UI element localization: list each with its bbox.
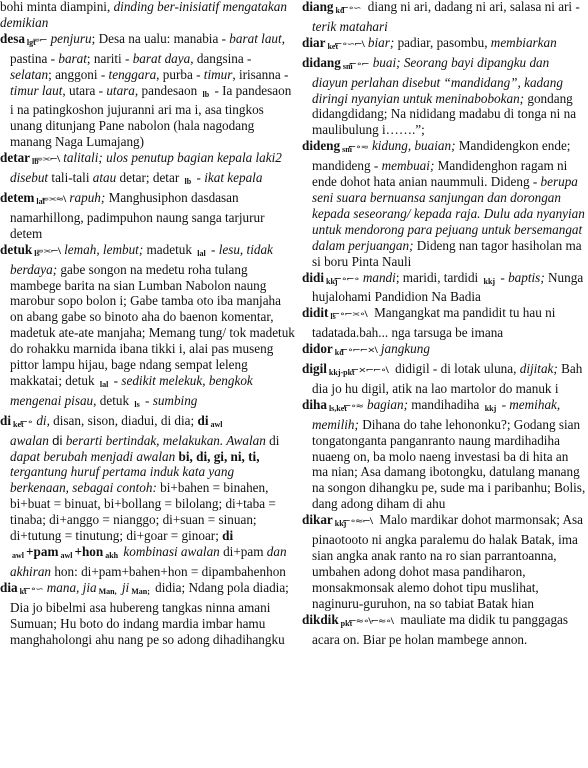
entry-desa: desalgt≂⌐penjuru; Desa na ualu: manabia … [0,31,296,150]
headword: dideng [302,138,340,153]
italic: barat laut [229,31,281,46]
batak-script-glyph: ≂≍≈\ [51,194,66,207]
gloss: mana, jia [47,580,97,595]
headword: detem [0,190,34,205]
entry-dideng: didengsni⌐∘≂kidung, buaian; Mandidengkon… [302,138,586,269]
text: di [52,433,62,448]
text: di+pam [220,544,267,559]
headword: di [198,413,209,428]
italic: baptis; [508,270,545,285]
text: mandihadiha [408,397,483,412]
text: , dangsina - [190,51,251,66]
text: diang ni ari, dadang ni ari, salasa ni a… [364,0,579,14]
entry-didor: didorkd⌐∘⌐⌐×\jangkung [302,341,586,361]
italic: timur laut [10,83,62,98]
italic: timur [204,67,233,82]
word-class-label: lb [185,177,192,186]
italic: kombinasi awalan [120,544,220,559]
text: di [269,433,279,448]
gloss: jangkung [381,341,430,356]
batak-script-glyph: ⌐∘⌐ [359,58,369,71]
bold-text: bi, di, gi, ni, ti, [179,449,260,464]
word-class-label: awl [60,551,72,560]
entry-detar: detarlb≂≍⌐\talitali; ulos penutup bagian… [0,150,296,190]
right-column: diangkd⌐∘∽ diang ni ari, dadang ni ari, … [302,0,586,647]
text: - [498,397,509,412]
batak-script-glyph: ⌐≈∘\⌐≈∘\ [358,615,393,628]
text: ; Desa na ualu: manabia - [92,31,230,46]
entry-di: diket⌐∘di, disan, sison, diadui, di dia;… [0,413,296,580]
italic: tenggara [109,67,157,82]
headword: dikar [302,512,333,527]
headword: di [0,413,11,428]
entry-detuk: detukls≂≍⌐\lemah, lembut; madetuk lal - … [0,242,296,413]
text: ; maridi, tardidi [396,270,482,285]
italic: utara [106,83,135,98]
italic: atau [93,170,116,185]
word-class-label: kkj [485,404,497,413]
entry-digil: digilkkj-pkt⌐×⌐⌐∘\ didigil - di lotak ul… [302,361,586,397]
batak-script-glyph: ⌐∘∽ [33,583,43,596]
headword: diang [302,0,334,14]
entry-didang: didangsni⌐∘⌐buai; Seorang bayi dipangku … [302,55,586,139]
text: gabe songon na medetu roha tulang mambeg… [10,262,295,388]
text: , purba - [156,67,204,82]
text: hon: di+pam+bahen+hon = dipambahenhon [51,564,286,579]
batak-script-glyph: ⌐∘≂ [358,142,368,155]
text: padiar, pasombu, [394,35,491,50]
headword: desa [0,31,25,46]
batak-script-glyph: ⌐×⌐⌐∘\ [361,365,388,378]
batak-script-glyph: ⌐∘∽⌐\ [344,38,364,51]
bold-text: di [222,528,233,543]
gloss: penjuru [51,31,92,46]
text: detar; detar [116,170,182,185]
italic: sumbing [153,393,198,408]
entry-diar: diarket⌐∘∽⌐\biar; padiar, pasombu, membi… [302,35,586,55]
italic: ji [119,580,130,595]
text: , irisanna - [232,67,288,82]
word-class-label: lal [100,380,108,389]
bold-text: +hon [74,544,103,559]
gloss: kidung, buaian; [372,138,456,153]
headword: didor [302,341,333,356]
word-class-label: Man; [131,587,150,596]
headword: dia [0,580,18,595]
word-class-label: lal [197,249,205,258]
entry-diang: diangkd⌐∘∽ diang ni ari, dadang ni ari, … [302,0,586,35]
gloss: mandi [363,270,396,285]
entry-dikdik: dikdikpkt⌐≈∘\⌐≈∘\ mauliate ma didik tu p… [302,612,586,648]
text: - [193,170,204,185]
headword: diar [302,35,325,50]
text: , pandesaon [135,83,201,98]
text: madetuk [143,242,195,257]
gloss: lemah, lembut; [64,242,143,257]
batak-script-glyph: ⌐∘⌐⌐×\ [350,345,377,358]
headword: diha [302,397,327,412]
italic: berarti bertindak, melakukan. Awalan [62,433,269,448]
entry-didit: diditls⌐∘⌐≍∘\ Mangangkat ma pandidit tu … [302,305,586,341]
entry-detem: detemlal≂≍≈\rapuh; Manghusiphon dasdasan… [0,190,296,242]
headword: detuk [0,242,32,257]
entry-continuation: bohi minta diampini, dinding ber-inisiat… [0,0,296,31]
text: ; anggoni - [48,67,108,82]
gloss: di, [36,413,50,428]
headword: dikdik [302,612,339,627]
text: ; nariti - [87,51,133,66]
headword: digil [302,361,327,376]
word-class-label: kkj [484,277,496,286]
dictionary-page: bohi minta diampini, dinding ber-inisiat… [0,0,588,768]
italic: membiarkan [491,35,557,50]
gloss: bagian; [367,397,408,412]
word-class-label: awl [12,551,24,560]
batak-script-glyph: ⌐∘∽ [350,3,360,16]
word-class-label: lb [202,90,209,99]
entry-diha: dihals,ket⌐∘≈bagian; mandihadiha kkj - m… [302,397,586,512]
definition-text: bohi minta diampini, [0,0,114,14]
italic: membuai; [382,158,435,173]
batak-script-glyph: ⌐∘≈⌐\ [352,516,372,529]
batak-script-glyph: ⌐∘≈ [353,400,363,413]
text: , utara - [62,83,106,98]
batak-script-glyph: ≂≍⌐\ [46,245,61,258]
word-class-label: awl [211,420,223,429]
headword: didang [302,55,341,70]
italic: terik matahari [312,19,388,34]
bold-text: +pam [26,544,58,559]
italic: barat [58,51,87,66]
headword: didi [302,270,324,285]
text: , detuk [93,393,132,408]
italic: ikat kepala [204,170,262,185]
italic: dijitak; [520,361,558,376]
batak-script-glyph: ⌐∘⌐∘ [344,273,359,286]
word-class-label: ls [134,400,139,409]
left-column: bohi minta diampini, dinding ber-inisiat… [0,0,296,647]
entry-dikar: dikarkkj⌐∘≈⌐\ Malo mardikar dohot marmon… [302,512,586,611]
text: didigil - di lotak uluna, [392,361,520,376]
batak-script-glyph: ⌐∘ [30,416,33,429]
gloss: biar; [368,35,394,50]
text: tali-tali [48,170,93,185]
text: - [142,393,153,408]
headword: didit [302,305,328,320]
headword: detar [0,150,30,165]
batak-script-glyph: ≂⌐ [42,34,47,47]
text: - [497,270,508,285]
batak-script-glyph: ⌐∘⌐≍∘\ [342,309,367,322]
word-class-label: Man, [99,587,117,596]
italic: barat daya [133,51,191,66]
entry-didi: didikkj⌐∘⌐∘mandi; maridi, tardidi kkj - … [302,270,586,306]
word-class-label: akh [105,551,118,560]
entry-dia: diakt⌐∘∽mana, jiaMan, jiMan; didia; Ndan… [0,580,296,648]
italic: selatan [10,67,48,82]
gloss: rapuh; [69,190,105,205]
text: disan, sison, diadui, di dia; [50,413,198,428]
batak-script-glyph: ≂≍⌐\ [45,154,60,167]
text: - [110,373,121,388]
italic: dapat berubah menjadi awalan [10,449,179,464]
italic: awalan [10,433,52,448]
text: - [208,242,219,257]
